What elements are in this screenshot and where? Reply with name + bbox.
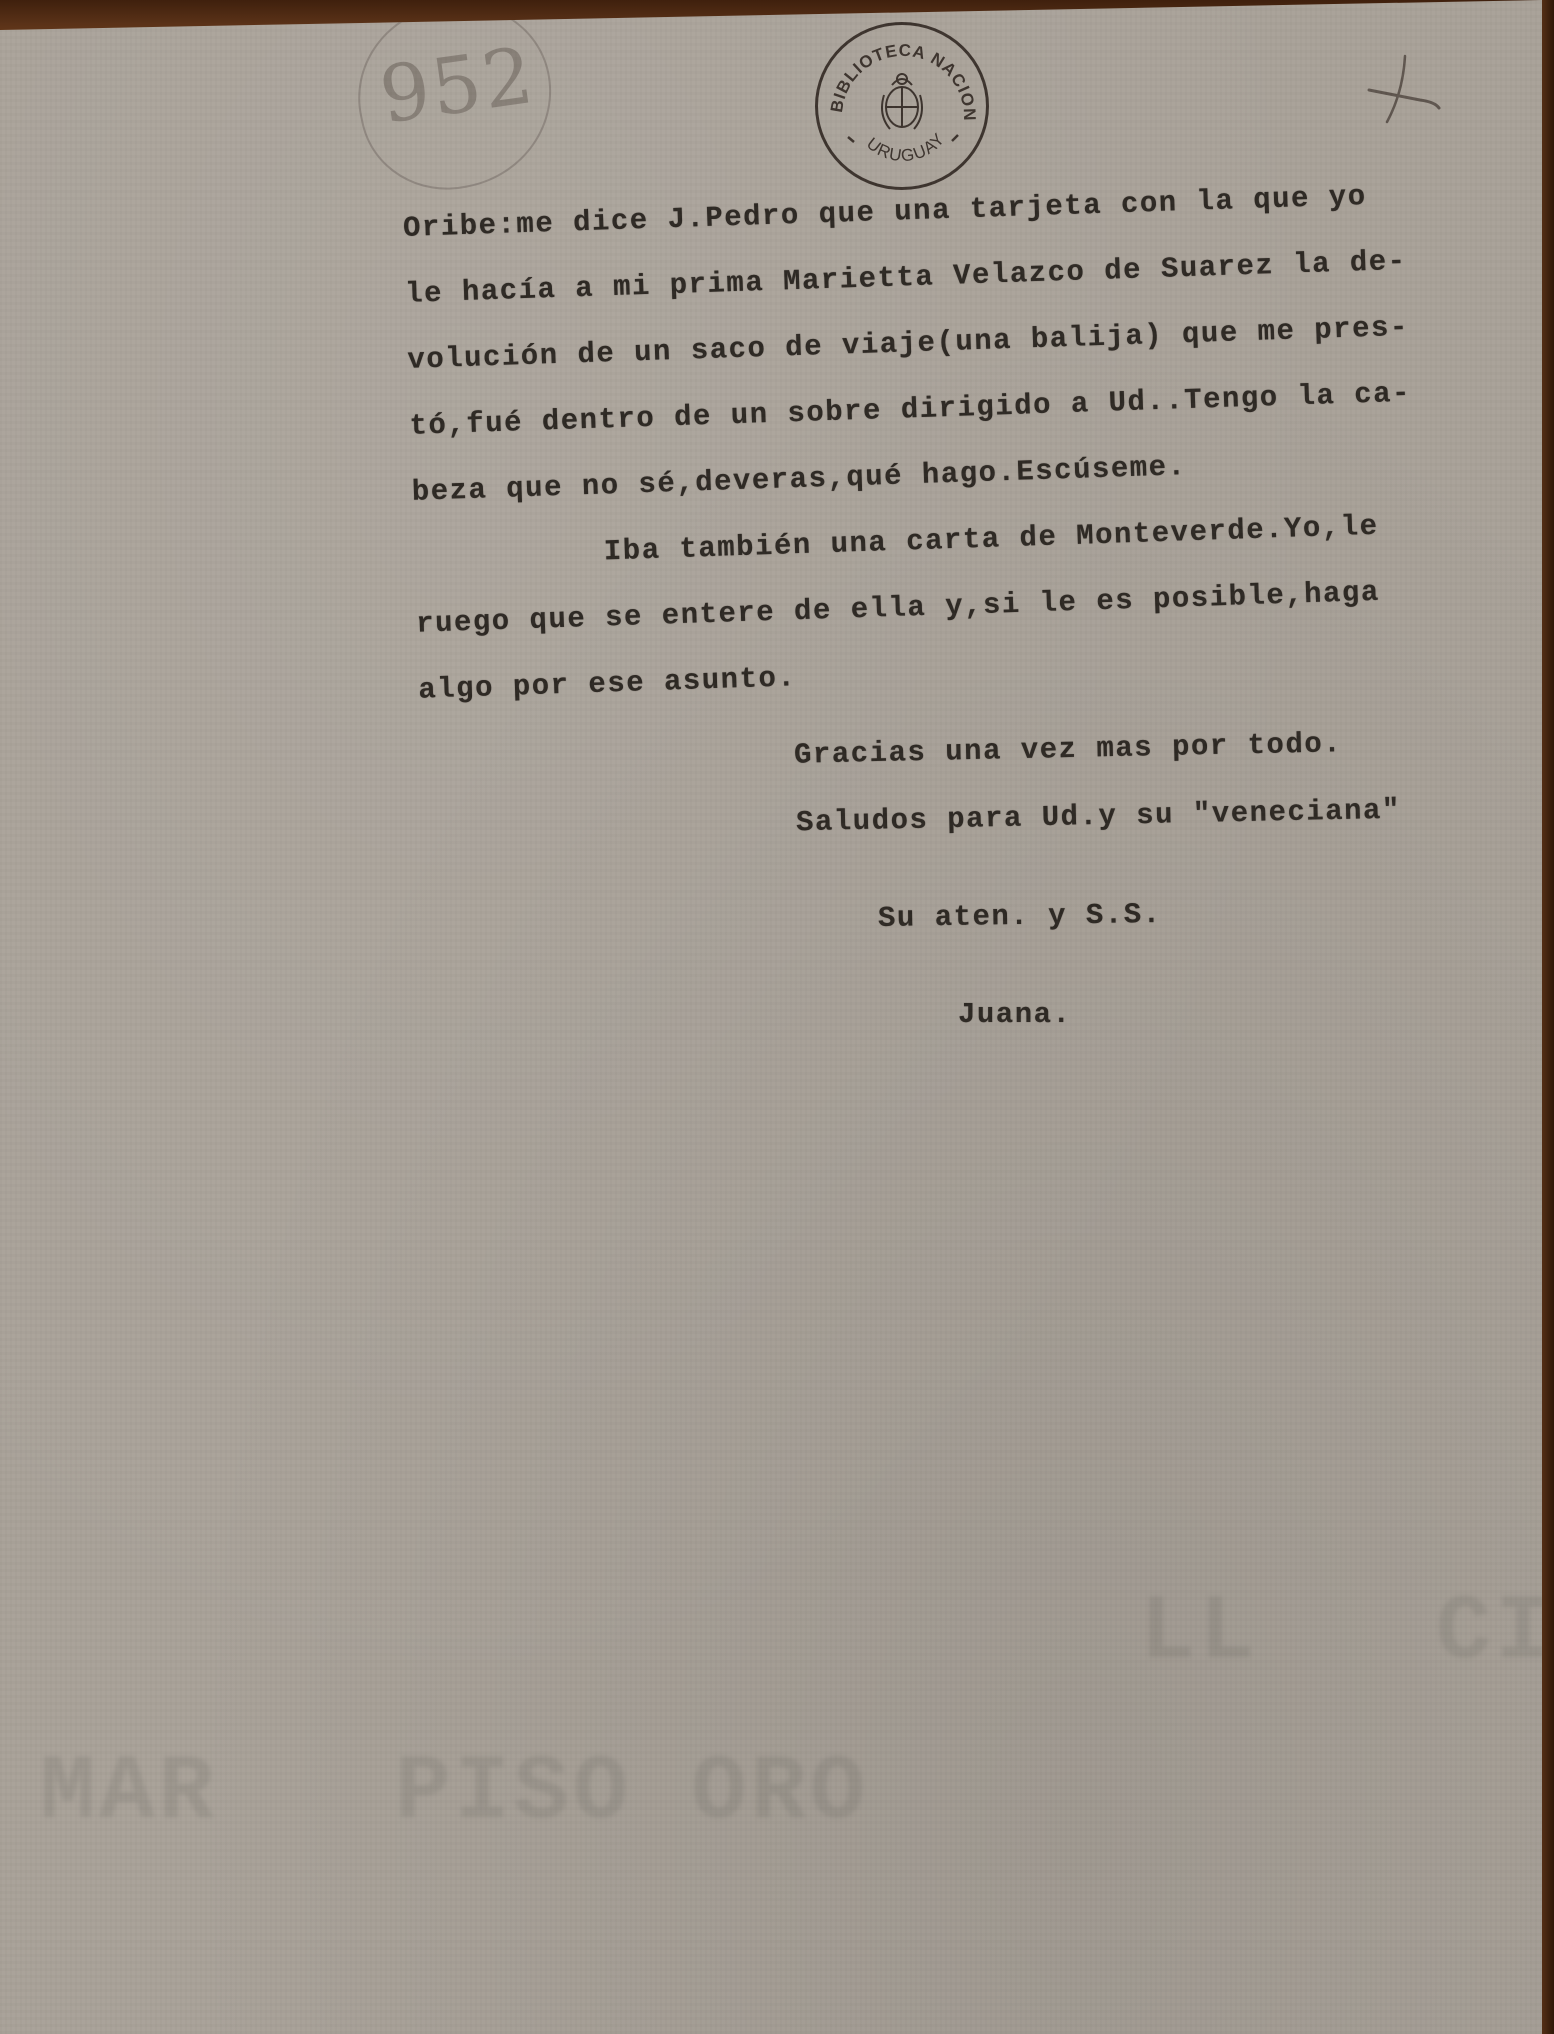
signature: Juana. [958,998,1071,1031]
letter-page: MAR PISO ORO LL CI 952 BIBLIOTECA NACION… [0,0,1542,2034]
stamp-emblem-icon: BIBLIOTECA NACIONAL URUGUAY [818,25,986,187]
bleed-through-text: LL CI [1140,1580,1554,1685]
pencil-cross-mark-icon [1365,52,1445,127]
wood-surface-right [1540,0,1554,2034]
stamp-bottom-text: URUGUAY [863,129,949,165]
bleed-through-text: MAR PISO ORO [40,1740,869,1845]
closing-thanks: Gracias una vez mas por todo. [794,727,1343,771]
folio-number-circle: 952 [341,0,569,206]
valediction: Su aten. y S.S. [878,898,1162,935]
folio-number: 952 [375,31,541,142]
svg-text:URUGUAY: URUGUAY [863,129,949,165]
letter-body: Oribe:me dice J.Pedro que una tarjeta co… [402,161,1479,724]
closing-regards: Saludos para Ud.y su "veneciana" [796,794,1401,840]
coat-of-arms-icon [882,74,922,129]
library-stamp: BIBLIOTECA NACIONAL URUGUAY [815,22,989,190]
